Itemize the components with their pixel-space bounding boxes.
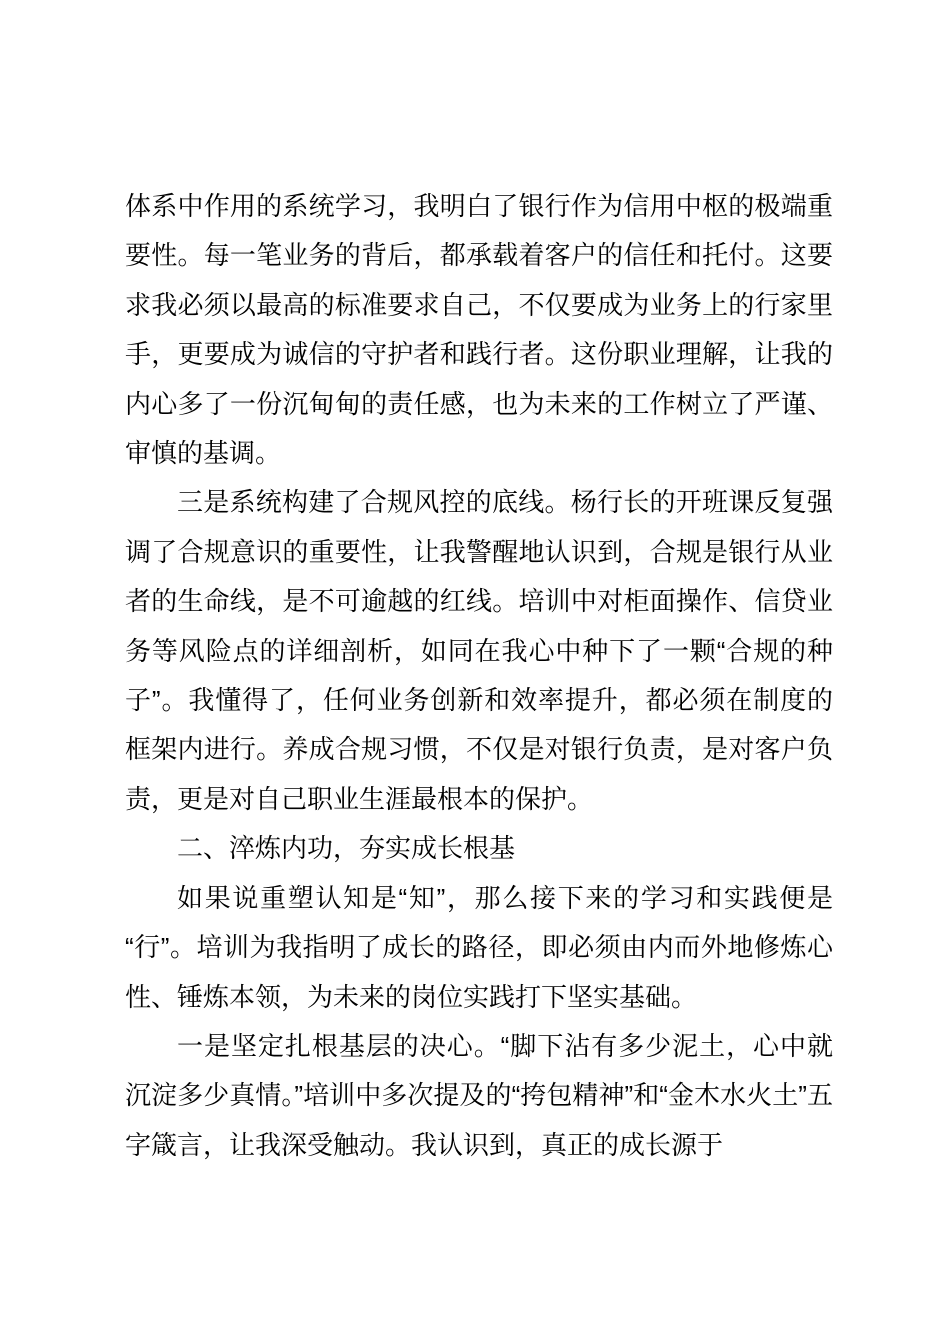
paragraph-knowledge-and-action: 如果说重塑认知是“知”，那么接下来的学习和实践便是“行”。培训为我指明了成长的路… — [125, 874, 833, 1022]
paragraph-banking-credit-continuation: 体系中作用的系统学习，我明白了银行作为信用中枢的极端重要性。每一笔业务的背后，都… — [125, 182, 833, 478]
paragraph-grassroots-resolve: 一是坚定扎根基层的决心。“脚下沾有多少泥土，心中就沉淀多少真情。”培训中多次提及… — [125, 1022, 833, 1170]
paragraph-compliance-risk-bottom-line: 三是系统构建了合规风控的底线。杨行长的开班课反复强调了合规意识的重要性，让我警醒… — [125, 478, 833, 824]
document-page: 体系中作用的系统学习，我明白了银行作为信用中枢的极端重要性。每一笔业务的背后，都… — [0, 0, 950, 1344]
document-text-block: 体系中作用的系统学习，我明白了银行作为信用中枢的极端重要性。每一笔业务的背后，都… — [125, 182, 833, 1170]
section-heading-part-two: 二、淬炼内功，夯实成长根基 — [125, 824, 833, 873]
